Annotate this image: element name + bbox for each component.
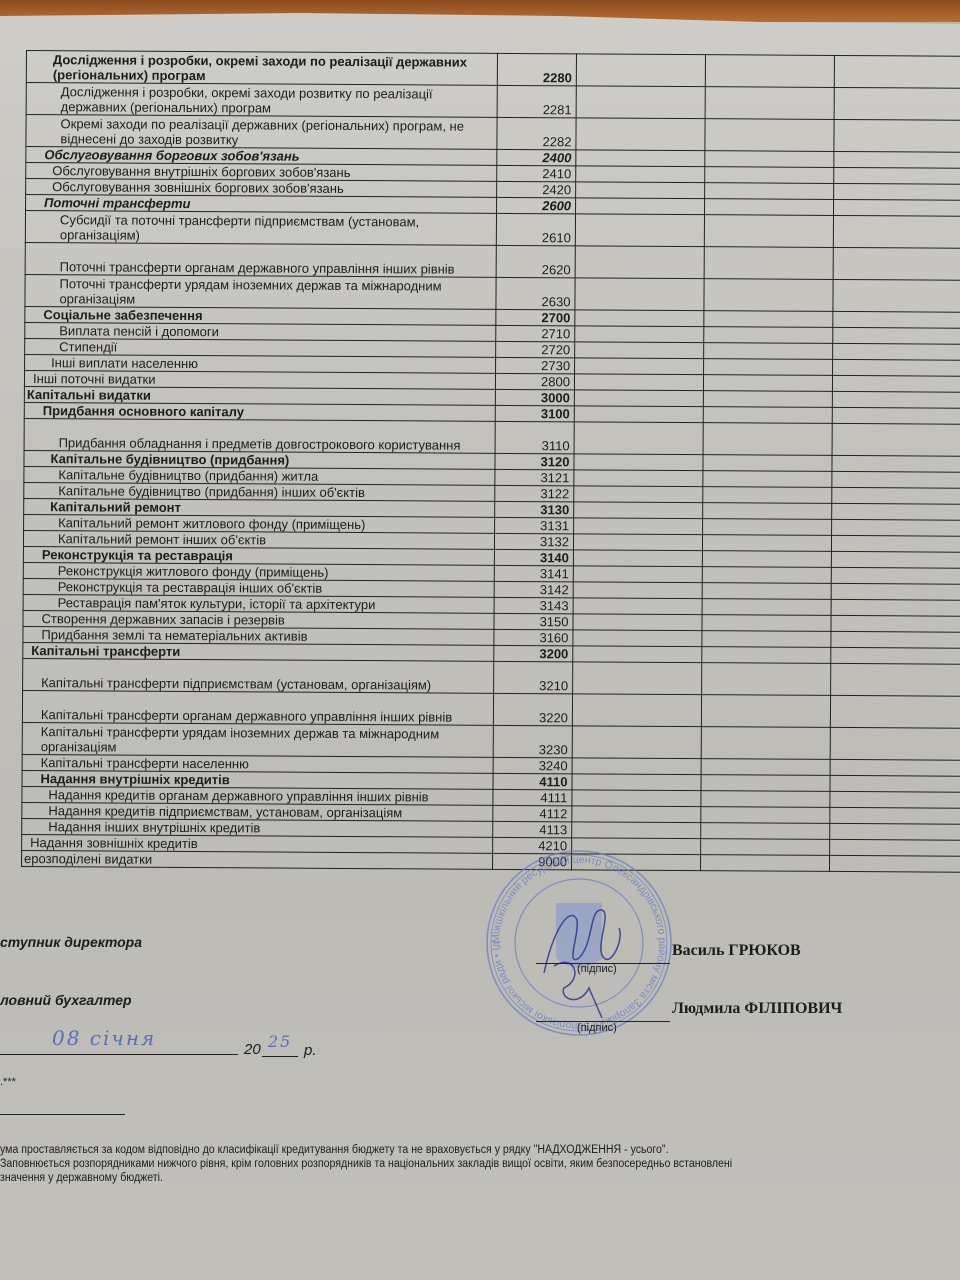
- value-cell: [833, 311, 960, 328]
- value-cell: [575, 342, 704, 359]
- value-cell: [831, 535, 960, 552]
- row-code: 2280: [497, 53, 576, 85]
- value-cell: [573, 582, 702, 599]
- value-cell: [702, 567, 831, 584]
- value-cell: [833, 279, 960, 312]
- row-label: Поточні трансферти органам державного уп…: [25, 242, 496, 277]
- year-suffix: р.: [304, 1042, 317, 1059]
- table-row: Дослідження і розробки, окремі заходи по…: [26, 51, 960, 89]
- row-code: 2720: [496, 341, 575, 357]
- value-cell: [704, 327, 833, 344]
- value-cell: [704, 215, 833, 248]
- value-cell: [705, 119, 834, 152]
- value-cell: [830, 807, 960, 824]
- value-cell: [701, 695, 830, 728]
- value-cell: [701, 791, 830, 808]
- value-cell: [703, 407, 832, 424]
- row-code: 4113: [493, 821, 572, 837]
- value-cell: [573, 566, 702, 583]
- value-cell: [701, 823, 830, 840]
- row-code: 3143: [494, 597, 573, 613]
- value-cell: [834, 199, 960, 216]
- value-cell: [572, 758, 701, 775]
- value-cell: [575, 278, 704, 311]
- value-cell: [701, 727, 830, 760]
- accountant-name: Людмила ФІЛІПОВИЧ: [672, 1000, 842, 1018]
- value-cell: [573, 630, 702, 647]
- row-label: Дослідження і розробки, окремі заходи по…: [26, 51, 497, 86]
- row-code: 4110: [493, 773, 572, 789]
- value-cell: [572, 822, 701, 839]
- row-code: 3100: [495, 405, 574, 421]
- row-code: 2281: [497, 85, 576, 117]
- value-cell: [834, 167, 960, 184]
- value-cell: [702, 583, 831, 600]
- row-code: 3000: [495, 389, 574, 405]
- extra-line: [0, 1114, 125, 1115]
- deputy-director-label: ступник директора: [0, 934, 142, 950]
- value-cell: [573, 550, 702, 567]
- row-label: Поточні трансферти урядам іноземних держ…: [25, 274, 496, 309]
- value-cell: [830, 759, 960, 776]
- value-cell: [830, 727, 960, 760]
- value-cell: [829, 855, 960, 872]
- table-row: Капітальні трансферти органам державного…: [22, 690, 960, 728]
- value-cell: [832, 503, 960, 520]
- deputy-signature-caption: (підпис): [577, 963, 617, 975]
- value-cell: [834, 55, 960, 88]
- row-code: 2282: [497, 117, 576, 149]
- value-cell: [703, 487, 832, 504]
- row-code: 2730: [496, 357, 575, 373]
- value-cell: [705, 55, 834, 88]
- row-code: 3140: [494, 549, 573, 565]
- row-code: 2400: [497, 149, 576, 165]
- row-code: 3141: [494, 565, 573, 581]
- row-code: 4112: [493, 805, 572, 821]
- value-cell: [830, 823, 960, 840]
- value-cell: [575, 358, 704, 375]
- table-row: Придбання обладнання і предметів довгост…: [24, 418, 960, 456]
- value-cell: [576, 166, 705, 183]
- footnote-3: значення у державному бюджеті.: [0, 1172, 163, 1184]
- row-code: 2700: [496, 309, 575, 325]
- value-cell: [576, 54, 705, 87]
- row-label: Дослідження і розробки, окремі заходи ро…: [26, 83, 497, 118]
- row-code: 2800: [495, 373, 574, 389]
- date-line: [0, 1054, 238, 1055]
- value-cell: [831, 615, 960, 632]
- value-cell: [831, 647, 960, 664]
- value-cell: [573, 534, 702, 551]
- value-cell: [574, 390, 703, 407]
- value-cell: [702, 599, 831, 616]
- value-cell: [833, 247, 960, 280]
- value-cell: [574, 486, 703, 503]
- value-cell: [830, 695, 960, 728]
- value-cell: [574, 406, 703, 423]
- value-cell: [574, 518, 703, 535]
- value-cell: [574, 422, 703, 455]
- value-cell: [705, 151, 834, 168]
- value-cell: [572, 790, 701, 807]
- value-cell: [573, 614, 702, 631]
- row-code: 3131: [495, 517, 574, 533]
- value-cell: [574, 454, 703, 471]
- year-handwritten: 25: [268, 1032, 292, 1051]
- row-code: 3120: [495, 453, 574, 469]
- value-cell: [574, 502, 703, 519]
- row-code: 3142: [494, 581, 573, 597]
- value-cell: [703, 503, 832, 520]
- value-cell: [700, 855, 829, 872]
- value-cell: [576, 118, 705, 151]
- value-cell: [832, 391, 960, 408]
- value-cell: [701, 775, 830, 792]
- value-cell: [702, 535, 831, 552]
- value-cell: [705, 167, 834, 184]
- value-cell: [831, 663, 960, 696]
- row-code: 2710: [496, 325, 575, 341]
- row-code: 4111: [493, 789, 572, 805]
- value-cell: [702, 647, 831, 664]
- value-cell: [574, 374, 703, 391]
- value-cell: [832, 423, 960, 456]
- row-code: 2610: [496, 213, 575, 245]
- row-code: 3240: [493, 757, 572, 773]
- row-code: 2420: [497, 181, 576, 197]
- date-handwritten: 08 січня: [52, 1026, 156, 1050]
- value-cell: [702, 663, 831, 696]
- value-cell: [703, 375, 832, 392]
- table-row: Дослідження і розробки, окремі заходи ро…: [26, 83, 960, 121]
- row-code: 3230: [493, 725, 572, 757]
- value-cell: [831, 631, 960, 648]
- deputy-name: Василь ГРЮКОВ: [672, 942, 801, 960]
- value-cell: [834, 87, 960, 120]
- row-label: Субсидії та поточні трансферти підприємс…: [25, 211, 496, 246]
- value-cell: [834, 119, 960, 152]
- row-label: Капітальні трансферти урядам іноземних д…: [22, 722, 493, 757]
- value-cell: [575, 214, 704, 247]
- table-row: Окремі заходи по реалізації державних (р…: [26, 115, 960, 153]
- value-cell: [704, 247, 833, 280]
- value-cell: [573, 662, 702, 695]
- row-code: 2630: [496, 277, 575, 309]
- value-cell: [830, 839, 960, 856]
- value-cell: [703, 455, 832, 472]
- footnote-2: Заповнюється розпорядниками нижчого рівн…: [0, 1158, 732, 1170]
- value-cell: [575, 246, 704, 279]
- value-cell: [832, 487, 960, 504]
- row-code: 3122: [495, 485, 574, 501]
- value-cell: [831, 583, 960, 600]
- value-cell: [831, 599, 960, 616]
- value-cell: [832, 455, 960, 472]
- value-cell: [702, 631, 831, 648]
- value-cell: [830, 775, 960, 792]
- value-cell: [833, 343, 960, 360]
- value-cell: [832, 407, 960, 424]
- value-cell: [702, 551, 831, 568]
- value-cell: [572, 726, 701, 759]
- value-cell: [831, 551, 960, 568]
- value-cell: [832, 519, 960, 536]
- value-cell: [701, 839, 830, 856]
- value-cell: [834, 151, 960, 168]
- value-cell: [833, 327, 960, 344]
- value-cell: [703, 471, 832, 488]
- row-label: Окремі заходи по реалізації державних (р…: [26, 115, 497, 150]
- row-label: ерозподілені видатки: [22, 850, 493, 869]
- value-cell: [573, 598, 702, 615]
- row-code: 2620: [496, 245, 575, 277]
- value-cell: [576, 86, 705, 119]
- year-prefix: 20: [244, 1041, 261, 1058]
- value-cell: [573, 646, 702, 663]
- value-cell: [701, 759, 830, 776]
- value-cell: [705, 199, 834, 216]
- value-cell: [833, 215, 960, 248]
- value-cell: [701, 807, 830, 824]
- row-code: 3210: [494, 661, 573, 693]
- value-cell: [575, 326, 704, 343]
- value-cell: [831, 567, 960, 584]
- value-cell: [704, 343, 833, 360]
- row-code: 3132: [494, 533, 573, 549]
- row-code: 3200: [494, 645, 573, 661]
- accountant-signature-caption: (підпис): [577, 1022, 617, 1034]
- row-code: 3121: [495, 469, 574, 485]
- row-label: Капітальні трансферти органам державного…: [22, 690, 493, 725]
- row-code: 2600: [497, 197, 576, 213]
- footnote-1: ума проставляється за кодом відповідно д…: [0, 1144, 669, 1156]
- value-cell: [575, 310, 704, 327]
- chief-accountant-label: ловний бухгалтер: [0, 992, 132, 1008]
- value-cell: [832, 471, 960, 488]
- value-cell: [703, 519, 832, 536]
- row-label: Придбання обладнання і предметів довгост…: [24, 418, 495, 453]
- value-cell: [705, 183, 834, 200]
- value-cell: [830, 791, 960, 808]
- official-stamp: Міжшкільний ресурсний центр Олександрівс…: [484, 848, 674, 1038]
- value-cell: [833, 359, 960, 376]
- value-cell: [705, 87, 834, 120]
- row-code: 3130: [495, 501, 574, 517]
- value-cell: [704, 311, 833, 328]
- value-cell: [576, 150, 705, 167]
- row-code: 2410: [497, 165, 576, 181]
- expenditure-table: Дослідження і розробки, окремі заходи по…: [21, 50, 960, 873]
- row-code: 3160: [494, 629, 573, 645]
- value-cell: [702, 615, 831, 632]
- value-cell: [703, 391, 832, 408]
- value-cell: [576, 182, 705, 199]
- extra-mark: .***: [0, 1076, 16, 1088]
- row-code: 3150: [494, 613, 573, 629]
- row-code: 3220: [493, 693, 572, 725]
- value-cell: [703, 423, 832, 456]
- value-cell: [572, 774, 701, 791]
- value-cell: [574, 470, 703, 487]
- row-code: 3110: [495, 421, 574, 453]
- table-row: Капітальні трансферти підприємствам (уст…: [23, 658, 960, 696]
- table-row: Поточні трансферти органам державного уп…: [25, 242, 960, 280]
- row-label: Капітальні трансферти підприємствам (уст…: [23, 658, 494, 693]
- value-cell: [572, 806, 701, 823]
- year-line: [262, 1056, 298, 1057]
- value-cell: [704, 279, 833, 312]
- value-cell: [834, 183, 960, 200]
- value-cell: [704, 359, 833, 376]
- value-cell: [832, 375, 960, 392]
- value-cell: [572, 694, 701, 727]
- value-cell: [576, 198, 705, 215]
